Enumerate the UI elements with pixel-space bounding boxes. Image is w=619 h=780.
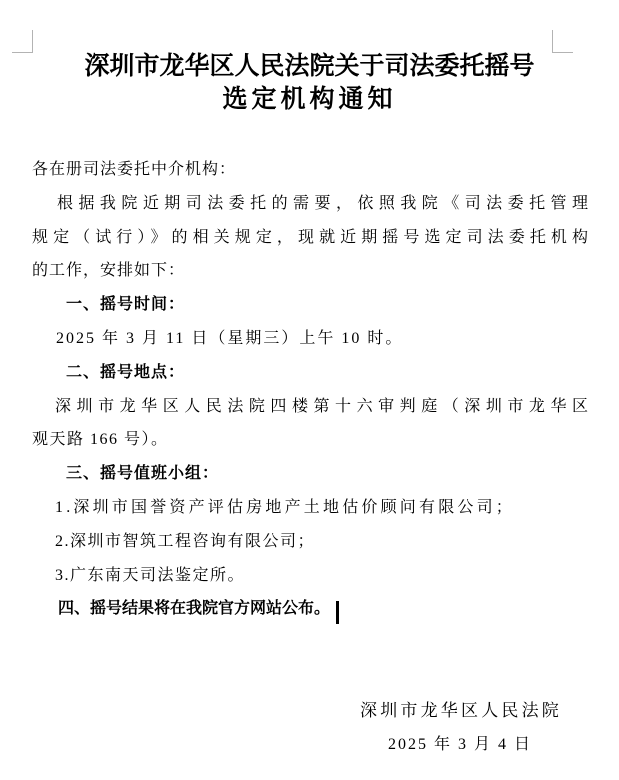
notice-body: 各在册司法委托中介机构： 根据我院近期司法委托的需要，依照我院《司法委托管理 规…	[0, 153, 619, 761]
section-heading-time[interactable]: 一、摇号时间：	[0, 288, 619, 322]
lottery-location-line-1[interactable]: 深圳市龙华区人民法院四楼第十六审判庭（深圳市龙华区	[0, 390, 619, 424]
duty-group-item-2[interactable]: 2.深圳市智筑工程咨询有限公司；	[0, 525, 619, 559]
signature-court-name[interactable]: 深圳市龙华区人民法院	[0, 694, 619, 728]
intro-paragraph-line-1[interactable]: 根据我院近期司法委托的需要，依照我院《司法委托管理	[0, 187, 619, 221]
blank-line	[0, 660, 619, 694]
blank-line	[0, 626, 619, 660]
notice-title: 深圳市龙华区人民法院关于司法委托摇号 选定机构通知	[0, 50, 619, 116]
section-heading-result[interactable]: 四、摇号结果将在我院官方网站公布。	[0, 592, 619, 626]
section-heading-duty-group[interactable]: 三、摇号值班小组：	[0, 457, 619, 491]
duty-group-item-1[interactable]: 1.深圳市国誉资产评估房地产土地估价顾问有限公司；	[0, 491, 619, 525]
notice-title-line-1[interactable]: 深圳市龙华区人民法院关于司法委托摇号	[0, 50, 619, 83]
notice-title-line-2[interactable]: 选定机构通知	[0, 83, 619, 116]
document-page[interactable]: 深圳市龙华区人民法院关于司法委托摇号 选定机构通知 各在册司法委托中介机构： 根…	[0, 0, 619, 780]
intro-paragraph-line-3[interactable]: 的工作，安排如下：	[0, 254, 619, 288]
lottery-time-value[interactable]: 2025 年 3 月 11 日（星期三）上午 10 时。	[0, 322, 619, 356]
text-cursor	[336, 601, 339, 624]
salutation-line[interactable]: 各在册司法委托中介机构：	[0, 153, 619, 187]
signature-date[interactable]: 2025 年 3 月 4 日	[0, 728, 619, 762]
duty-group-item-3[interactable]: 3.广东南天司法鉴定所。	[0, 559, 619, 593]
lottery-location-line-2[interactable]: 观天路 166 号）。	[0, 423, 619, 457]
section-heading-location[interactable]: 二、摇号地点：	[0, 356, 619, 390]
intro-paragraph-line-2[interactable]: 规定（试行）》的相关规定，现就近期摇号选定司法委托机构	[0, 221, 619, 255]
